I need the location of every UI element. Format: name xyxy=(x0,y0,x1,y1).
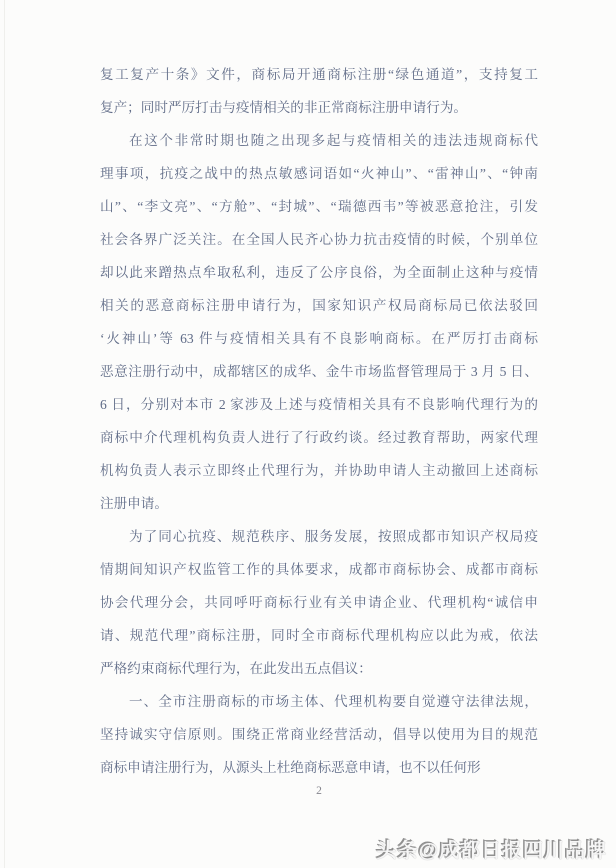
document-body: 复工复产十条》文件，商标局开通商标注册“绿色通道”，支持复工 复产；同时严厉打击… xyxy=(100,58,538,784)
document-line: 6 日，分别对本市 2 家涉及上述与疫情相关具有不良影响代理行为的 xyxy=(100,388,538,421)
document-line: 复工复产十条》文件，商标局开通商标注册“绿色通道”，支持复工 xyxy=(100,58,538,91)
document-line: ‘火神山’等 63 件与疫情相关具有不良影响商标。在严厉打击商标 xyxy=(100,322,538,355)
document-line: 山”、“李文亮”、“方舱”、“封城”、“瑞德西韦”等被恶意抢注，引发 xyxy=(100,190,538,223)
document-line: 机构负责人表示立即终止代理行为，并协助申请人主动撤回上述商标 xyxy=(100,454,538,487)
document-line: 坚持诚实守信原则。围绕正常商业经营活动，倡导以使用为目的规范 xyxy=(100,718,538,751)
document-line: 注册申请。 xyxy=(100,487,538,520)
document-line: 协会代理分会，共同呼吁商标行业有关申请企业、代理机构“诚信申 xyxy=(100,586,538,619)
document-line: 商标申请注册行为，从源头上杜绝商标恶意申请，也不以任何形 xyxy=(100,751,538,784)
document-line: 复产；同时严厉打击与疫情相关的非正常商标注册申请行为。 xyxy=(100,91,538,124)
document-line: 却以此来蹭热点牟取私利，违反了公序良俗，为全面制止这种与疫情 xyxy=(100,256,538,289)
scan-edge-artifact xyxy=(4,0,5,868)
document-line: 理事项，抗疫之战中的热点敏感词语如“火神山”、“雷神山”、“钟南 xyxy=(100,157,538,190)
document-line: 恶意注册行动中，成都辖区的成华、金牛市场监督管理局于 3 月 5 日、 xyxy=(100,355,538,388)
document-line: 严格约束商标代理行为，在此发出五点倡议： xyxy=(100,652,538,685)
document-line: 社会各界广泛关注。在全国人民齐心协力抗击疫情的时候，个别单位 xyxy=(100,223,538,256)
document-line: 为了同心抗疫、规范秩序、服务发展，按照成都市知识产权局疫 xyxy=(100,520,538,553)
page-number: 2 xyxy=(100,783,538,799)
document-line: 相关的恶意商标注册申请行为，国家知识产权局商标局已依法驳回 xyxy=(100,289,538,322)
document-line: 商标中介代理机构负责人进行了行政约谈。经过教育帮助，两家代理 xyxy=(100,421,538,454)
document-line: 情期间知识产权监管工作的具体要求，成都市商标协会、成都市商标 xyxy=(100,553,538,586)
watermark-text: 头条@成都日报四川品牌 xyxy=(376,834,607,863)
document-line: 一、全市注册商标的市场主体、代理机构要自觉遵守法律法规， xyxy=(100,685,538,718)
document-line: 请、规范代理”商标注册，同时全市商标代理机构应以此为戒，依法 xyxy=(100,619,538,652)
document-line: 在这个非常时期也随之出现多起与疫情相关的违法违规商标代 xyxy=(100,124,538,157)
document-page: 复工复产十条》文件，商标局开通商标注册“绿色通道”，支持复工 复产；同时严厉打击… xyxy=(0,0,616,868)
